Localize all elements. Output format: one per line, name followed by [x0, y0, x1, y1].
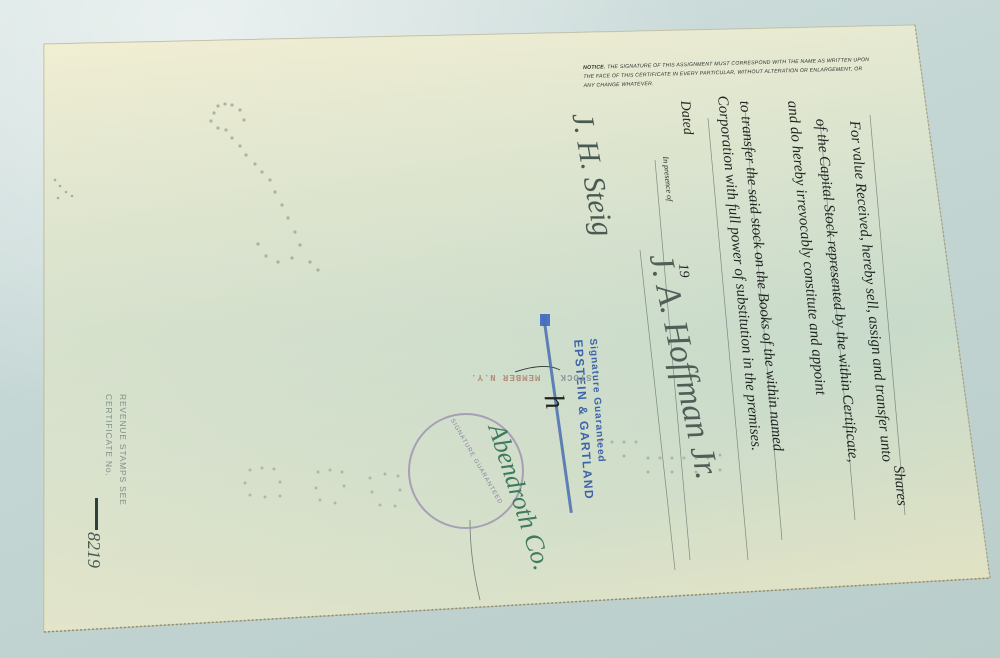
member-stamp: STOCK MEMBER N.Y.: [470, 372, 592, 382]
revenue-line-2: CERTIFICATE No.: [102, 394, 116, 506]
stock-certificate-back: NOTICE. THE SIGNATURE OF THIS ASSIGNMENT…: [0, 0, 1000, 658]
paper-sheet: [0, 0, 1000, 658]
certificate-number-rule: [95, 498, 98, 530]
red-stamp-text: MEMBER N.Y.: [470, 372, 540, 382]
revenue-line-1: REVENUE STAMPS SEE: [116, 394, 130, 506]
paper-shape: [0, 0, 1000, 658]
gray-stamp-text: STOCK: [560, 372, 592, 382]
notice-label: NOTICE.: [583, 64, 606, 71]
dated-label: Dated: [676, 100, 695, 136]
notice-text: THE SIGNATURE OF THIS ASSIGNMENT MUST CO…: [583, 57, 869, 89]
revenue-stamps-box: REVENUE STAMPS SEE CERTIFICATE No.: [102, 394, 130, 506]
certificate-number: 8219: [83, 532, 104, 568]
